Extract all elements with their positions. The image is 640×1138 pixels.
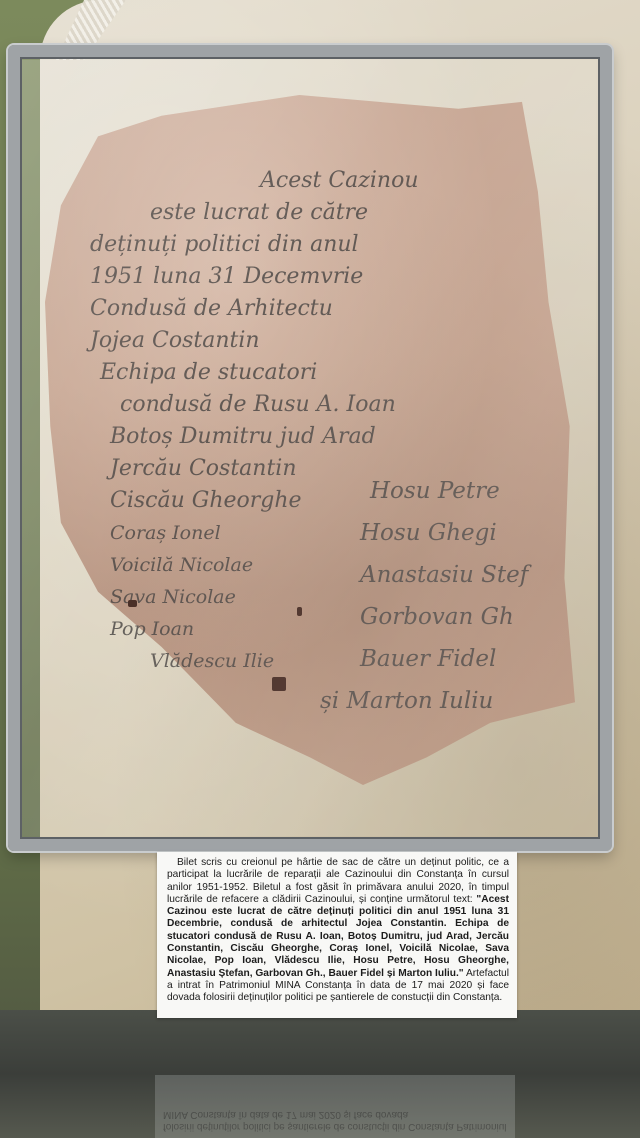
hw-line: Condusă de Arhitectu — [90, 293, 570, 325]
hw-line: Botoș Dumitru jud Arad — [90, 421, 570, 453]
paper-stain — [297, 607, 302, 616]
hw-line: este lucrat de către — [90, 197, 570, 229]
handwritten-text-right: Hosu Petre Hosu Ghegi Anastasiu Stef Gor… — [360, 470, 580, 722]
hw-line: Anastasiu Stef — [360, 554, 580, 596]
hw-line: Jojea Costantin — [90, 325, 570, 357]
caption-reflection: folosirii deținuților politici pe șantie… — [155, 1075, 515, 1138]
caption-intro: Bilet scris cu creionul pe hârtie de sac… — [167, 857, 509, 905]
hw-line: condusă de Rusu A. Ioan — [90, 389, 570, 421]
hw-line: Hosu Ghegi — [360, 512, 580, 554]
paper-stain — [128, 600, 137, 607]
hw-line: Echipa de stucatori — [90, 357, 570, 389]
paper-stain — [272, 677, 286, 691]
hw-line: Hosu Petre — [360, 470, 580, 512]
hw-line: Acest Cazinou — [90, 165, 570, 197]
hw-line: 1951 luna 31 Decemvrie — [90, 261, 570, 293]
hw-line: și Marton Iuliu — [320, 680, 580, 722]
hw-line: Bauer Fidel — [360, 638, 580, 680]
caption-card: Bilet scris cu creionul pe hârtie de sac… — [157, 852, 517, 1018]
hw-line: Gorbovan Gh — [360, 596, 580, 638]
hw-line: deținuți politici din anul — [90, 229, 570, 261]
caption-quote: "Acest Cazinou este lucrat de către deți… — [167, 894, 509, 979]
